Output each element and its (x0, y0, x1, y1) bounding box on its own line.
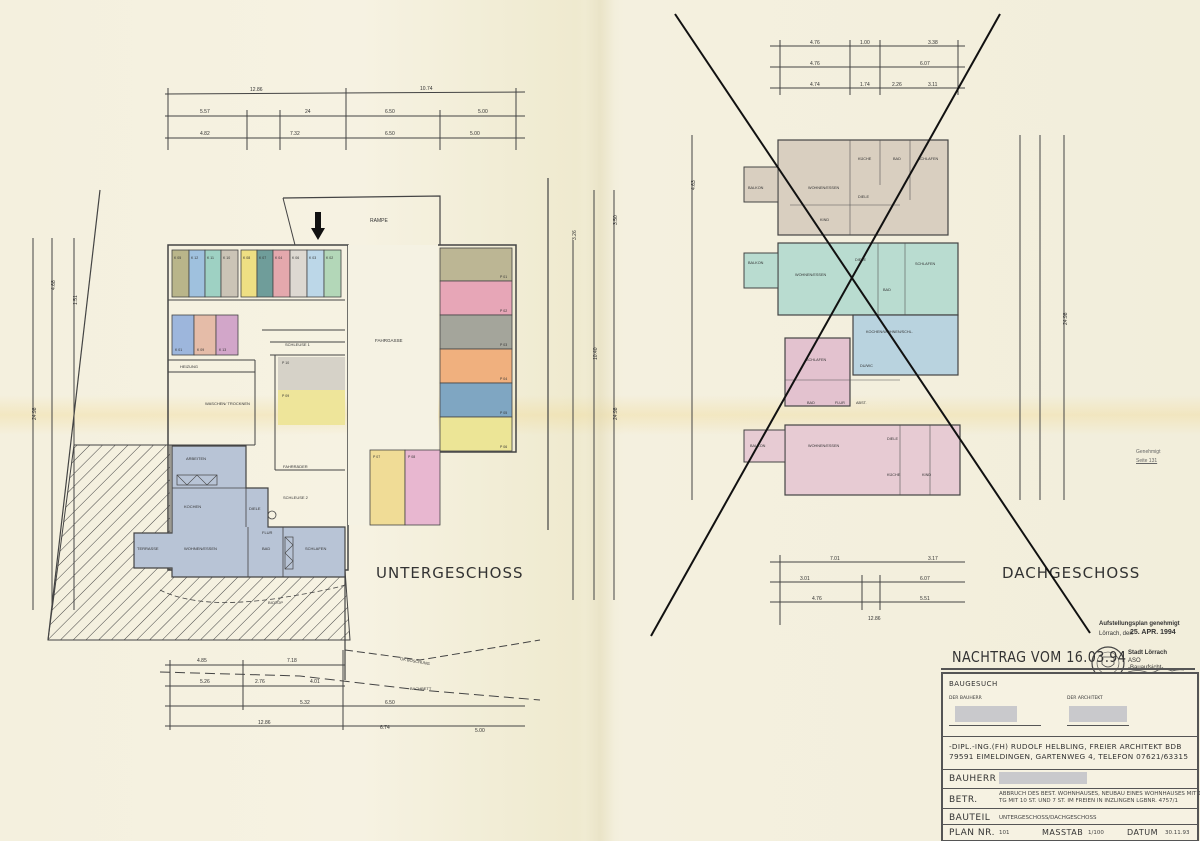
plan-nr-label: PLAN NR. (949, 828, 995, 838)
room-label: BAD (883, 288, 891, 292)
cellar-label: K 12 (191, 256, 198, 260)
datum-label: DATUM (1127, 828, 1158, 837)
dim-text: 4.63 (691, 180, 697, 190)
betr-value-2: TG MIT 10 ST. UND 7 ST. IM FREIEN IN INZ… (999, 798, 1178, 804)
dim-text: 1.74 (860, 82, 870, 88)
parking-label: P 07 (373, 455, 380, 459)
dim-text: 4.76 (810, 61, 820, 67)
stair-marker-icon (268, 511, 276, 519)
room-label-terrasse: TERRASSE (137, 546, 159, 551)
untergeschoss-plan: 12.86 10.74 5.57 24 6.50 5.00 4.82 7.32 … (32, 86, 619, 734)
bauherr-label: BAUHERR (949, 774, 996, 784)
cellar-label: K 03 (309, 256, 316, 260)
bauteil-row: BAUTEIL UNTERGESCHOSS/DACHGESCHOSS (943, 808, 1197, 825)
parking-label: P 01 (500, 275, 507, 279)
dim-text: 4.68 (51, 280, 57, 290)
room-label: BAD (807, 401, 815, 405)
parking-label: P 04 (500, 377, 507, 381)
room-label-arbeiten: ARBEITEN (186, 456, 206, 461)
dim-text: 5.57 (200, 109, 210, 115)
cellar-label: K 02 (326, 256, 333, 260)
unit-1 (778, 140, 948, 235)
dim-text: 6.50 (385, 700, 395, 706)
side-note-line2: Seite 131 (1136, 458, 1157, 464)
room-label-rampe: RAMPE (370, 218, 388, 224)
room-label: ABST. (856, 401, 867, 405)
parking-label: P 08 (408, 455, 415, 459)
room-label: DIELE (887, 437, 898, 441)
room-label-fahrraeder: FAHRRÄDER (283, 464, 308, 469)
room-label: BAD (893, 157, 901, 161)
arrow-down-icon (311, 212, 325, 240)
room-label-diele: DIELE (249, 506, 261, 511)
label-bachbett: BACHBETT (410, 686, 432, 691)
dim-text: 24.98 (1063, 312, 1069, 325)
room-label-waschen: WASCHEN/ TROCKNEN (205, 401, 250, 406)
baugesuch-label: BAUGESUCH (949, 680, 998, 688)
dim-text: 7.18 (287, 658, 297, 664)
room-label: KÜCHE (887, 473, 901, 477)
stamp-authority: Stadt Lörrach (1128, 650, 1167, 656)
dim-text: 24.98 (613, 407, 619, 420)
dim-text: 6.07 (920, 576, 930, 582)
room-label: BALKON (748, 186, 764, 190)
masstab-label: MASSTAB (1042, 828, 1083, 837)
unit-2 (778, 243, 958, 315)
dim-text: 4.82 (200, 131, 210, 137)
room-label-heizung: HEIZUNG (180, 364, 198, 369)
dim-text: 5.00 (470, 131, 480, 137)
dim-text: 6.50 (385, 109, 395, 115)
dim-text: 12.86 (258, 720, 271, 726)
top-dimension-lines (165, 88, 525, 150)
betr-label: BETR. (949, 795, 978, 805)
architect-line1: -DIPL.-ING.(FH) RUDOLF HELBLING, FREIER … (949, 742, 1182, 751)
room-label-flur: FLUR (262, 530, 273, 535)
dim-text: 5.00 (475, 728, 485, 734)
cellar-label: K 05 (174, 256, 181, 260)
room-label-kochen: KOCHEN (184, 504, 201, 509)
bauteil-label: BAUTEIL (949, 813, 990, 823)
room-label-fahrgasse: FAHRGASSE (375, 338, 403, 343)
dim-text: 4.74 (810, 82, 820, 88)
balcony (744, 253, 778, 288)
room-label: SCHLAFEN (806, 358, 827, 362)
dim-text: 4.76 (812, 596, 822, 602)
architect-row: -DIPL.-ING.(FH) RUDOLF HELBLING, FREIER … (943, 736, 1197, 767)
architect-line2: 79591 EIMELDINGEN, GARTENWEG 4, TELEFON … (949, 752, 1188, 761)
plan-title-untergeschoss: UNTERGESCHOSS (376, 564, 524, 582)
parking-label: P 10 (282, 361, 289, 365)
cross-out-line (675, 14, 1090, 633)
dachgeschoss-plan: 4.76 1.00 3.38 4.76 6.07 4.74 1.74 2.26 … (651, 14, 1140, 636)
plan-title-dachgeschoss: DACHGESCHOSS (1002, 564, 1140, 582)
redacted-signature (955, 706, 1017, 722)
dim-text: 3.01 (800, 576, 810, 582)
cellar-label: K 01 (175, 348, 182, 352)
datum-value: 30.11.93 (1165, 830, 1190, 836)
dim-text: 10.40 (593, 347, 599, 360)
right-dimension-lines (573, 190, 614, 600)
stamp-date: 25. APR. 1994 (1130, 629, 1176, 636)
dim-text: 7.01 (830, 556, 840, 562)
title-block: BAUGESUCH DER BAUHERR DER ARCHITEKT -DIP… (941, 672, 1199, 841)
dim-text: 5.26 (200, 679, 210, 685)
cellar-label: K 09 (197, 348, 204, 352)
room-label: KIND (922, 473, 931, 477)
dim-text: 5.32 (300, 700, 310, 706)
plan-nr-value: 101 (999, 830, 1010, 836)
dim-text: 5.51 (920, 596, 930, 602)
cellar-label: K 13 (219, 348, 226, 352)
plan-row: PLAN NR. 101 MASSTAB 1/100 DATUM 30.11.9… (943, 824, 1197, 840)
stamp-place: Lörrach, den (1099, 631, 1133, 637)
dim-text: 3.26 (572, 230, 578, 240)
dim-text: 4.85 (197, 658, 207, 664)
dim-text: 6.50 (385, 131, 395, 137)
room-label: BALKON (748, 261, 764, 265)
betr-value-1: ABBRUCH DES BEST. WOHNHAUSES, NEUBAU EIN… (999, 791, 1200, 797)
cellar-label: K 10 (223, 256, 230, 260)
label-biotop: BIOTOP (268, 600, 283, 605)
parking-label: P 03 (500, 343, 507, 347)
room-label: DU/WC (860, 364, 873, 368)
room-label-wohnen: WOHNEN/ESSEN (184, 546, 217, 551)
bauherr-row: BAUHERR (943, 769, 1197, 789)
dim-text: 12.86 (250, 87, 263, 93)
dim-text: 1.00 (860, 40, 870, 46)
dim-text: 6.07 (920, 61, 930, 67)
dim-text: 2.76 (255, 679, 265, 685)
dim-text: 3.50 (613, 215, 619, 225)
dim-text: 4.76 (810, 40, 820, 46)
cellar-label: K 11 (207, 256, 214, 260)
ramp-edge (283, 198, 295, 245)
dim-text: 3.38 (928, 40, 938, 46)
room-label: DIELE (858, 195, 869, 199)
parking-label: P 05 (500, 411, 507, 415)
dim-text: 10.74 (420, 86, 433, 92)
room-label: WOHNEN/ESSEN (808, 444, 839, 448)
dim-text: 7.32 (290, 131, 300, 137)
room-label: WOHNEN/ESSEN (808, 186, 839, 190)
nachtrag-header: NACHTRAG VOM 16.03.94 (952, 648, 1126, 666)
title-block-divider (941, 668, 1195, 670)
cellar-label: K 06 (292, 256, 299, 260)
dim-text: 1.51 (73, 295, 79, 305)
dim-text: 2.26 (892, 82, 902, 88)
redacted-bauherr (999, 772, 1087, 784)
room-label-schleuse2: SCHLEUSE 2 (283, 495, 309, 500)
bauteil-value: UNTERGESCHOSS/DACHGESCHOSS (999, 815, 1096, 821)
side-note-line1: Genehmigt (1136, 449, 1160, 455)
cellar-label: K 08 (243, 256, 250, 260)
room-label: WOHNEN/ESSEN (795, 273, 826, 277)
dim-text: 24.98 (32, 407, 38, 420)
room-label: SCHLAFEN (918, 157, 939, 161)
redacted-signature (1069, 706, 1127, 722)
parking-label: P 02 (500, 309, 507, 313)
label-boeschung: OK BÖSCHUNG (400, 656, 430, 666)
bottom-dimension-lines (770, 555, 965, 625)
dim-text: 6.74 (380, 725, 390, 731)
stamp-dept: ASO (1128, 658, 1141, 664)
masstab-value: 1/100 (1088, 830, 1104, 836)
room-label: KÜCHE (858, 157, 872, 161)
cellar-label: K 04 (275, 256, 282, 260)
unit-5 (785, 425, 960, 495)
room-label: KIND (820, 218, 829, 222)
dim-text: 4.01 (310, 679, 320, 685)
dim-text: 3.17 (928, 556, 938, 562)
room-label: SCHLAFEN (915, 262, 936, 266)
dim-text: 3.11 (928, 82, 938, 88)
der-bauherr-label: DER BAUHERR (949, 696, 982, 701)
room-label-schlafen: SCHLAFEN (305, 546, 326, 551)
room-label: FLUR (835, 401, 845, 405)
ramp-outline (283, 196, 440, 245)
parking-label: P 09 (282, 394, 289, 398)
room-label-schleuse1: SCHLEUSE 1 (285, 342, 311, 347)
dim-text: 24 (305, 109, 311, 115)
unit-4 (785, 338, 850, 406)
room-label-bad: BAD (262, 546, 270, 551)
parking-label: P 06 (500, 445, 507, 449)
dim-text: 12.86 (868, 616, 881, 622)
der-architekt-label: DER ARCHITEKT (1067, 696, 1103, 701)
betr-row: BETR. ABBRUCH DES BEST. WOHNHAUSES, NEUB… (943, 788, 1197, 809)
cellar-label: K 07 (259, 256, 266, 260)
balcony (744, 167, 778, 202)
dim-text: 5.00 (478, 109, 488, 115)
stamp-approved: Aufstellungsplan genehmigt (1099, 621, 1180, 627)
